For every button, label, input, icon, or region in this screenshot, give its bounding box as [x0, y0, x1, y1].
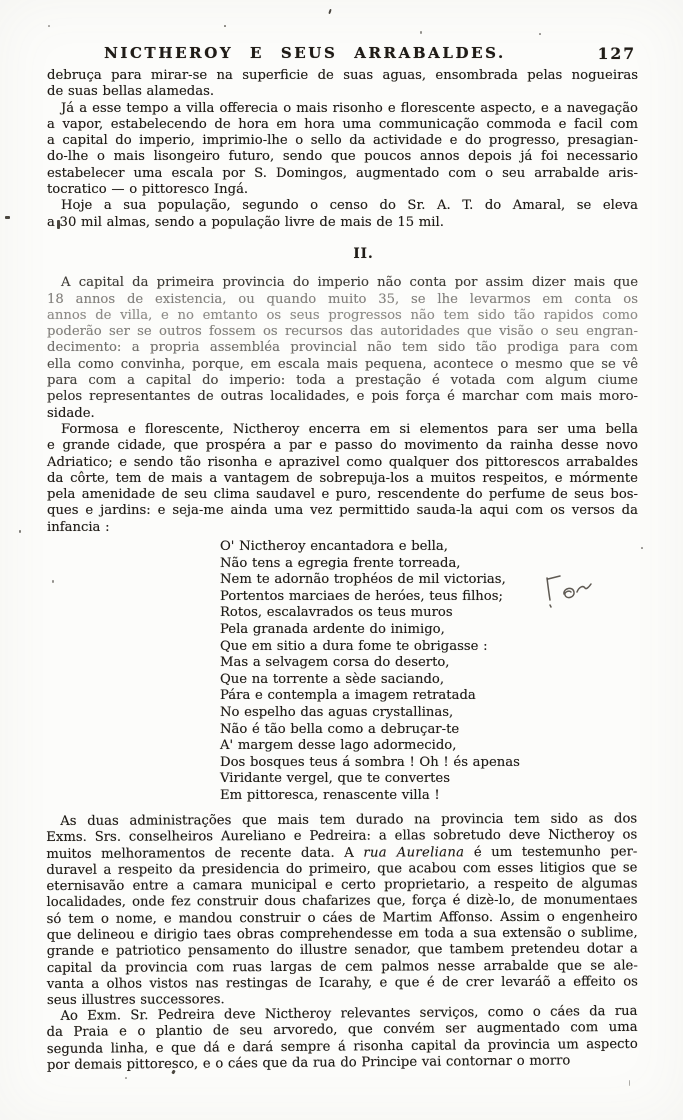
scan-speck: [5, 216, 10, 219]
text-line: debruça para mirar-se na superficie de s…: [47, 68, 638, 84]
text-line: ques e jardins: e seja-me ainda uma vez …: [47, 503, 638, 519]
italic-text: rua Aureliana: [363, 844, 464, 859]
text-line: Pára e contempla a imagem retratada: [220, 688, 638, 705]
book-page-scan: NICTHEROY E SEUS ARRABALDES. 127 debruça…: [0, 0, 683, 1120]
text-line: da côrte, tem de mais a vantagem de sobr…: [47, 471, 638, 487]
text-line: No espelho das aguas crystallinas,: [220, 705, 638, 722]
text-line: do-lhe o mais lisongeiro futuro, sendo q…: [47, 149, 638, 165]
text-line: pela amenidade de seu clima saudavel e p…: [47, 487, 638, 503]
text-line: que delineou e dirigio taes obras compre…: [47, 925, 638, 944]
scan-speck: [52, 580, 54, 583]
text-line: A' margem desse lago adormecido,: [220, 738, 638, 755]
scan-speck: [19, 530, 21, 533]
text-line: a 30 mil almas, sendo a população livre …: [47, 215, 638, 231]
text-line: Adriatico; e sendo tão risonha e apraziv…: [47, 455, 638, 471]
text-line: 18 annos de existencia, ou quando muito …: [47, 292, 638, 308]
text-line: a vapor, estabelecendo de hora em hora u…: [47, 117, 638, 133]
text-line: grande e patriotico pensamento do illust…: [47, 941, 638, 960]
handwritten-mark: [541, 572, 603, 614]
text-line: decimento: a propria assembléa provincia…: [47, 340, 638, 356]
text-line: ella como convinha, porque, em escala ma…: [47, 357, 638, 373]
text-line: capital da provincia com ruas largas de …: [47, 958, 638, 977]
text-line: e grande cidade, que prospéra a par e pa…: [47, 438, 638, 454]
paragraph: Hoje a sua população, segundo o censo do…: [47, 198, 638, 231]
scan-speck: [328, 9, 331, 14]
text-line: localidades, onde fez construir dous cha…: [47, 892, 638, 911]
running-title: NICTHEROY E SEUS ARRABALDES.: [47, 44, 563, 62]
section-heading: II.: [89, 231, 638, 275]
text-line: vanta a olhos vistos nas restingas de Ic…: [47, 974, 638, 993]
scan-speck: [125, 1077, 127, 1079]
text-line: Hoje a sua população, segundo o censo do…: [47, 198, 638, 214]
paragraph: Já a esse tempo a villa offerecia o mais…: [47, 101, 638, 199]
text-line: Dos bosques teus á sombra ! Oh ! és apen…: [220, 755, 638, 772]
scan-speck: [224, 25, 226, 27]
text-line: A capital da primeira provincia do imper…: [47, 275, 638, 291]
text-line: Pela granada ardente do inimigo,: [220, 622, 638, 639]
text-line: Já a esse tempo a villa offerecia o mais…: [47, 101, 638, 117]
paragraph: As duas administrações que mais tem dura…: [46, 811, 638, 1009]
text-line: Em pittoresca, renascente villa !: [220, 788, 638, 805]
paragraph: Ao Exm. Sr. Pedreira deve Nictheroy rele…: [46, 1004, 638, 1074]
text-line: sidade.: [47, 406, 638, 422]
text-line: Não tens a egregia frente torreada,: [220, 556, 638, 573]
scan-speck: [539, 33, 541, 35]
text-line: Que na torrente a sède saciando,: [220, 672, 638, 689]
text-line: Que em sitio a dura fome te obrigasse :: [220, 639, 638, 656]
text-line: duravel a respeito da presidencia do pri…: [46, 860, 637, 879]
text-line: O' Nictheroy encantadora e bella,: [220, 539, 638, 556]
text-line: tocratico — o pittoresco Ingá.: [47, 182, 638, 198]
scan-speck: [57, 220, 60, 229]
page-number: 127: [598, 44, 636, 63]
text-line: estabelecer uma escala por S. Domingos, …: [47, 166, 638, 182]
text-line: Exms. Srs. conselheiros Aureliano e Pedr…: [46, 827, 637, 846]
text-line: a capital do imperio, imprimio-lhe o sel…: [47, 133, 638, 149]
text-line: poderão ser se outros fossem os recursos…: [47, 324, 638, 340]
page-header: NICTHEROY E SEUS ARRABALDES. 127: [47, 44, 638, 64]
paragraph: Formosa e florescente, Nictheroy encerra…: [47, 422, 638, 536]
text-line: annos de villa, e no emtanto os seus pro…: [47, 308, 638, 324]
text-line: de suas bellas alamedas.: [47, 84, 638, 100]
text-line: As duas administrações que mais tem dura…: [46, 811, 637, 830]
paragraph: debruça para mirar-se na superficie de s…: [47, 68, 638, 101]
text-line: Não é tão bella como a debruçar-te: [220, 722, 638, 739]
text-line: infancia :: [47, 520, 638, 536]
scan-speck: [641, 547, 643, 549]
scan-speck: [48, 25, 50, 27]
text-line: só tem o nome, e mandou construir o cáes…: [47, 909, 638, 928]
text-line: Formosa e florescente, Nictheroy encerra…: [47, 422, 638, 438]
text-line: para com a capital do imperio: toda a pr…: [47, 373, 638, 389]
paragraph: A capital da primeira provincia do imper…: [47, 275, 638, 422]
text-line: pelos representantes de outras localidad…: [47, 389, 638, 405]
text-line: muitos melhoramentos de recente data. A …: [46, 844, 637, 863]
text-line: Mas a selvagem corsa do deserto,: [220, 655, 638, 672]
scan-speck: [420, 31, 422, 34]
text-line: Viridante vergel, que te convertes: [220, 771, 638, 788]
scan-speck: [629, 1080, 630, 1086]
